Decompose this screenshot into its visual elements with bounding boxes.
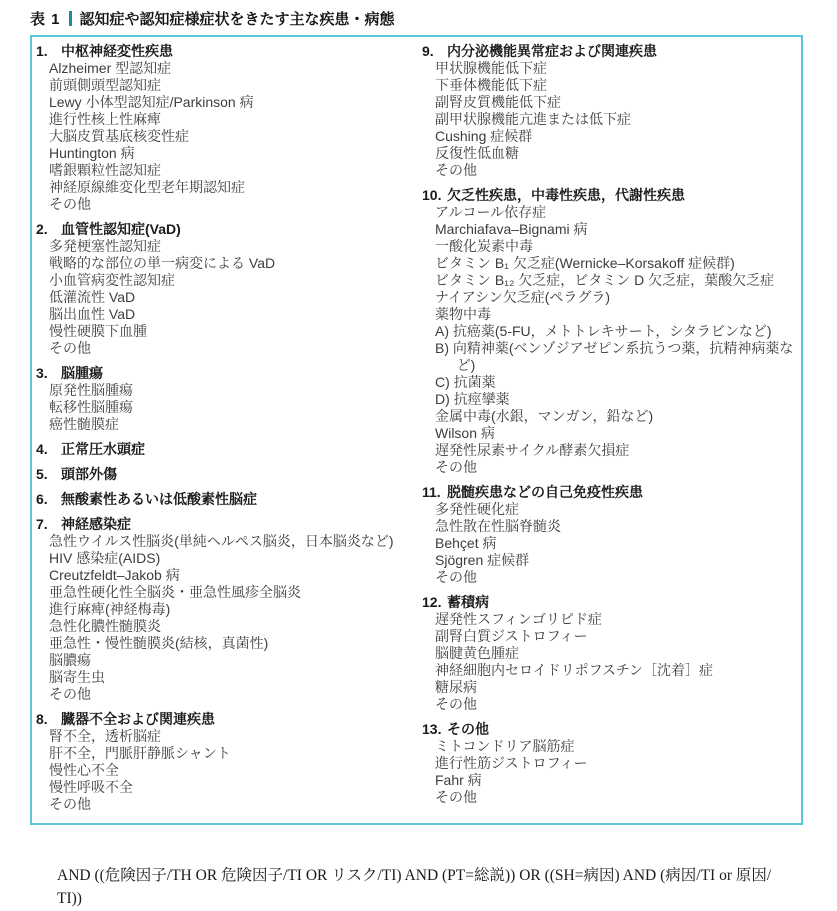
- table-title-text: 認知症や認知症様症状をきたす主な疾患・病態: [80, 8, 395, 29]
- disease-item: Lewy 小体型認知症/Parkinson 病: [49, 94, 422, 111]
- disease-item: その他: [49, 686, 422, 703]
- disease-section-13: 13.その他ミトコンドリア脳筋症進行性筋ジストロフィーFahr 病その他: [422, 721, 797, 806]
- disease-item: 原発性脳腫瘍: [49, 382, 422, 399]
- disease-section-5: 5.頭部外傷: [36, 466, 422, 483]
- disease-section-12: 12.蓄積病遅発性スフィンゴリピド症副腎白質ジストロフィー脳腱黄色腫症神経細胞内…: [422, 594, 797, 713]
- disease-item: その他: [435, 696, 797, 713]
- search-formula-line: TI)): [57, 887, 827, 910]
- disease-item: 小血管病変性認知症: [49, 272, 422, 289]
- disease-section-6: 6.無酸素性あるいは低酸素性脳症: [36, 491, 422, 508]
- section-title: 脳腫瘍: [61, 365, 422, 382]
- disease-item: 慢性硬膜下血腫: [49, 323, 422, 340]
- disease-item: 亜急性硬化性全脳炎・亜急性風疹全脳炎: [49, 584, 422, 601]
- disease-item: 神経細胞内セロイドリポフスチン［沈着］症: [435, 662, 797, 679]
- disease-item: 遅発性スフィンゴリピド症: [435, 611, 797, 628]
- disease-item: 脳腱黄色腫症: [435, 645, 797, 662]
- disease-item: Behçet 病: [435, 535, 797, 552]
- disease-item: その他: [49, 340, 422, 357]
- disease-item: D) 抗痙攣薬: [435, 391, 797, 408]
- disease-item: 副腎皮質機能低下症: [435, 94, 797, 111]
- disease-section-7: 7.神経感染症急性ウイルス性脳炎(単純ヘルペス脳炎，日本脳炎など)HIV 感染症…: [36, 516, 422, 703]
- disease-item: HIV 感染症(AIDS): [49, 550, 422, 567]
- disease-item-list: アルコール依存症Marchiafava–Bignami 病一酸化炭素中毒ビタミン…: [435, 204, 797, 476]
- disease-item: 脳膿瘍: [49, 652, 422, 669]
- disease-item: 薬物中毒: [435, 306, 797, 323]
- table-left-column: 1.中枢神経変性疾患Alzheimer 型認知症前頭側頭型認知症Lewy 小体型…: [36, 43, 422, 813]
- disease-item: その他: [435, 789, 797, 806]
- section-header: 6.無酸素性あるいは低酸素性脳症: [36, 491, 422, 508]
- disease-item: 金属中毒(水銀，マンガン，鉛など): [435, 408, 797, 425]
- disease-item: 腎不全，透析脳症: [49, 728, 422, 745]
- disease-item: 前頭側頭型認知症: [49, 77, 422, 94]
- table-number-label: 表 1: [30, 8, 61, 29]
- disease-item: 副甲状腺機能亢進または低下症: [435, 111, 797, 128]
- disease-section-10: 10.欠乏性疾患，中毒性疾患，代謝性疾患アルコール依存症Marchiafava–…: [422, 187, 797, 476]
- search-formula-note: AND ((危険因子/TH OR 危険因子/TI OR リスク/TI) AND …: [57, 864, 827, 910]
- disease-item: その他: [49, 796, 422, 813]
- disease-item: ミトコンドリア脳筋症: [435, 738, 797, 755]
- disease-item: 進行性核上性麻痺: [49, 111, 422, 128]
- disease-section-8: 8.臓器不全および関連疾患腎不全，透析脳症肝不全，門脈肝静脈シャント慢性心不全慢…: [36, 711, 422, 813]
- section-title: 蓄積病: [447, 594, 797, 611]
- section-number: 2.: [36, 221, 59, 238]
- disease-item-list: 甲状腺機能低下症下垂体機能低下症副腎皮質機能低下症副甲状腺機能亢進または低下症C…: [435, 60, 797, 179]
- disease-item: Marchiafava–Bignami 病: [435, 221, 797, 238]
- disease-item: 低灌流性 VaD: [49, 289, 422, 306]
- disease-item: 急性散在性脳脊髄炎: [435, 518, 797, 535]
- disease-item: 甲状腺機能低下症: [435, 60, 797, 77]
- disease-item: Fahr 病: [435, 772, 797, 789]
- disease-item: C) 抗菌薬: [435, 374, 797, 391]
- disease-section-3: 3.脳腫瘍原発性脳腫瘍転移性脳腫瘍癌性髄膜症: [36, 365, 422, 433]
- disease-item: 神経原線維変化型老年期認知症: [49, 179, 422, 196]
- disease-item-list: 腎不全，透析脳症肝不全，門脈肝静脈シャント慢性心不全慢性呼吸不全その他: [49, 728, 422, 813]
- section-title: 正常圧水頭症: [61, 441, 422, 458]
- section-header: 7.神経感染症: [36, 516, 422, 533]
- disease-item: Sjögren 症候群: [435, 552, 797, 569]
- disease-item-list: 遅発性スフィンゴリピド症副腎白質ジストロフィー脳腱黄色腫症神経細胞内セロイドリポ…: [435, 611, 797, 713]
- section-number: 9.: [422, 43, 445, 60]
- disease-item: 糖尿病: [435, 679, 797, 696]
- section-header: 9.内分泌機能異常症および関連疾患: [422, 43, 797, 60]
- disease-item: 副腎白質ジストロフィー: [435, 628, 797, 645]
- section-number: 1.: [36, 43, 59, 60]
- section-title: 無酸素性あるいは低酸素性脳症: [61, 491, 422, 508]
- disease-item: Cushing 症候群: [435, 128, 797, 145]
- disease-item-list: 多発性硬化症急性散在性脳脊髄炎Behçet 病Sjögren 症候群その他: [435, 501, 797, 586]
- disease-item: 進行性筋ジストロフィー: [435, 755, 797, 772]
- section-number: 13.: [422, 721, 445, 738]
- disease-item: 脳出血性 VaD: [49, 306, 422, 323]
- disease-item: 転移性脳腫瘍: [49, 399, 422, 416]
- disease-item: ナイアシン欠乏症(ペラグラ): [435, 289, 797, 306]
- section-header: 4.正常圧水頭症: [36, 441, 422, 458]
- disease-item: 慢性心不全: [49, 762, 422, 779]
- disease-item: その他: [435, 459, 797, 476]
- disease-item: ビタミン B₁ 欠乏症(Wernicke–Korsakoff 症候群): [435, 255, 797, 272]
- disease-item: 反復性低血糖: [435, 145, 797, 162]
- disease-item-list: 多発梗塞性認知症戦略的な部位の単一病変による VaD小血管病変性認知症低灌流性 …: [49, 238, 422, 357]
- disease-item: 亜急性・慢性髄膜炎(結核，真菌性): [49, 635, 422, 652]
- disease-item: 一酸化炭素中毒: [435, 238, 797, 255]
- disease-item: 下垂体機能低下症: [435, 77, 797, 94]
- disease-item: 戦略的な部位の単一病変による VaD: [49, 255, 422, 272]
- section-number: 7.: [36, 516, 59, 533]
- disease-item: ビタミン B₁₂ 欠乏症，ビタミン D 欠乏症，葉酸欠乏症: [435, 272, 797, 289]
- disease-section-4: 4.正常圧水頭症: [36, 441, 422, 458]
- search-formula-line: AND ((危険因子/TH OR 危険因子/TI OR リスク/TI) AND …: [57, 864, 827, 887]
- section-number: 3.: [36, 365, 59, 382]
- section-header: 12.蓄積病: [422, 594, 797, 611]
- disease-item-list: ミトコンドリア脳筋症進行性筋ジストロフィーFahr 病その他: [435, 738, 797, 806]
- table-caption: 表 1 認知症や認知症様症状をきたす主な疾患・病態: [30, 8, 837, 28]
- disease-section-1: 1.中枢神経変性疾患Alzheimer 型認知症前頭側頭型認知症Lewy 小体型…: [36, 43, 422, 213]
- section-header: 3.脳腫瘍: [36, 365, 422, 382]
- disease-table: 1.中枢神経変性疾患Alzheimer 型認知症前頭側頭型認知症Lewy 小体型…: [30, 35, 803, 825]
- disease-item: B) 向精神薬(ベンゾジアゼピン系抗うつ薬，抗精神病薬など): [435, 340, 797, 374]
- disease-item-list: 急性ウイルス性脳炎(単純ヘルペス脳炎，日本脳炎など)HIV 感染症(AIDS)C…: [49, 533, 422, 703]
- section-header: 1.中枢神経変性疾患: [36, 43, 422, 60]
- disease-item: 遅発性尿素サイクル酵素欠損症: [435, 442, 797, 459]
- section-title: 臓器不全および関連疾患: [61, 711, 422, 728]
- disease-section-2: 2.血管性認知症(VaD)多発梗塞性認知症戦略的な部位の単一病変による VaD小…: [36, 221, 422, 357]
- disease-item: Huntington 病: [49, 145, 422, 162]
- section-title: 頭部外傷: [61, 466, 422, 483]
- disease-item: 嗜銀顆粒性認知症: [49, 162, 422, 179]
- disease-section-11: 11.脱髄疾患などの自己免疫性疾患多発性硬化症急性散在性脳脊髄炎Behçet 病…: [422, 484, 797, 586]
- disease-item-list: Alzheimer 型認知症前頭側頭型認知症Lewy 小体型認知症/Parkin…: [49, 60, 422, 213]
- document-page: 表 1 認知症や認知症様症状をきたす主な疾患・病態 1.中枢神経変性疾患Alzh…: [0, 0, 837, 911]
- section-title: 中枢神経変性疾患: [61, 43, 422, 60]
- disease-item: 癌性髄膜症: [49, 416, 422, 433]
- disease-item: A) 抗癌薬(5-FU，メトトレキサート，シタラビンなど): [435, 323, 797, 340]
- section-title: 脱髄疾患などの自己免疫性疾患: [447, 484, 797, 501]
- disease-item: 進行麻痺(神経梅毒): [49, 601, 422, 618]
- section-header: 8.臓器不全および関連疾患: [36, 711, 422, 728]
- section-number: 8.: [36, 711, 59, 728]
- section-title: 内分泌機能異常症および関連疾患: [447, 43, 797, 60]
- disease-item: その他: [49, 196, 422, 213]
- disease-item: 多発梗塞性認知症: [49, 238, 422, 255]
- section-title: 神経感染症: [61, 516, 422, 533]
- section-header: 11.脱髄疾患などの自己免疫性疾患: [422, 484, 797, 501]
- disease-item: Alzheimer 型認知症: [49, 60, 422, 77]
- section-title: 欠乏性疾患，中毒性疾患，代謝性疾患: [447, 187, 797, 204]
- section-number: 11.: [422, 484, 445, 501]
- disease-item-list: 原発性脳腫瘍転移性脳腫瘍癌性髄膜症: [49, 382, 422, 433]
- section-number: 5.: [36, 466, 59, 483]
- disease-item: その他: [435, 162, 797, 179]
- section-number: 12.: [422, 594, 445, 611]
- caption-divider-bar: [69, 11, 72, 26]
- section-header: 2.血管性認知症(VaD): [36, 221, 422, 238]
- section-title: その他: [447, 721, 797, 738]
- disease-item: 多発性硬化症: [435, 501, 797, 518]
- disease-item: その他: [435, 569, 797, 586]
- disease-item: Creutzfeldt–Jakob 病: [49, 567, 422, 584]
- table-right-column: 9.内分泌機能異常症および関連疾患甲状腺機能低下症下垂体機能低下症副腎皮質機能低…: [422, 43, 797, 813]
- section-header: 5.頭部外傷: [36, 466, 422, 483]
- section-title: 血管性認知症(VaD): [61, 221, 422, 238]
- disease-item: 慢性呼吸不全: [49, 779, 422, 796]
- disease-item: アルコール依存症: [435, 204, 797, 221]
- disease-item: 脳寄生虫: [49, 669, 422, 686]
- disease-item: Wilson 病: [435, 425, 797, 442]
- section-header: 10.欠乏性疾患，中毒性疾患，代謝性疾患: [422, 187, 797, 204]
- disease-item: 急性ウイルス性脳炎(単純ヘルペス脳炎，日本脳炎など): [49, 533, 422, 550]
- section-header: 13.その他: [422, 721, 797, 738]
- section-number: 6.: [36, 491, 59, 508]
- section-number: 10.: [422, 187, 445, 204]
- disease-item: 大脳皮質基底核変性症: [49, 128, 422, 145]
- disease-item: 肝不全，門脈肝静脈シャント: [49, 745, 422, 762]
- section-number: 4.: [36, 441, 59, 458]
- disease-section-9: 9.内分泌機能異常症および関連疾患甲状腺機能低下症下垂体機能低下症副腎皮質機能低…: [422, 43, 797, 179]
- disease-item: 急性化膿性髄膜炎: [49, 618, 422, 635]
